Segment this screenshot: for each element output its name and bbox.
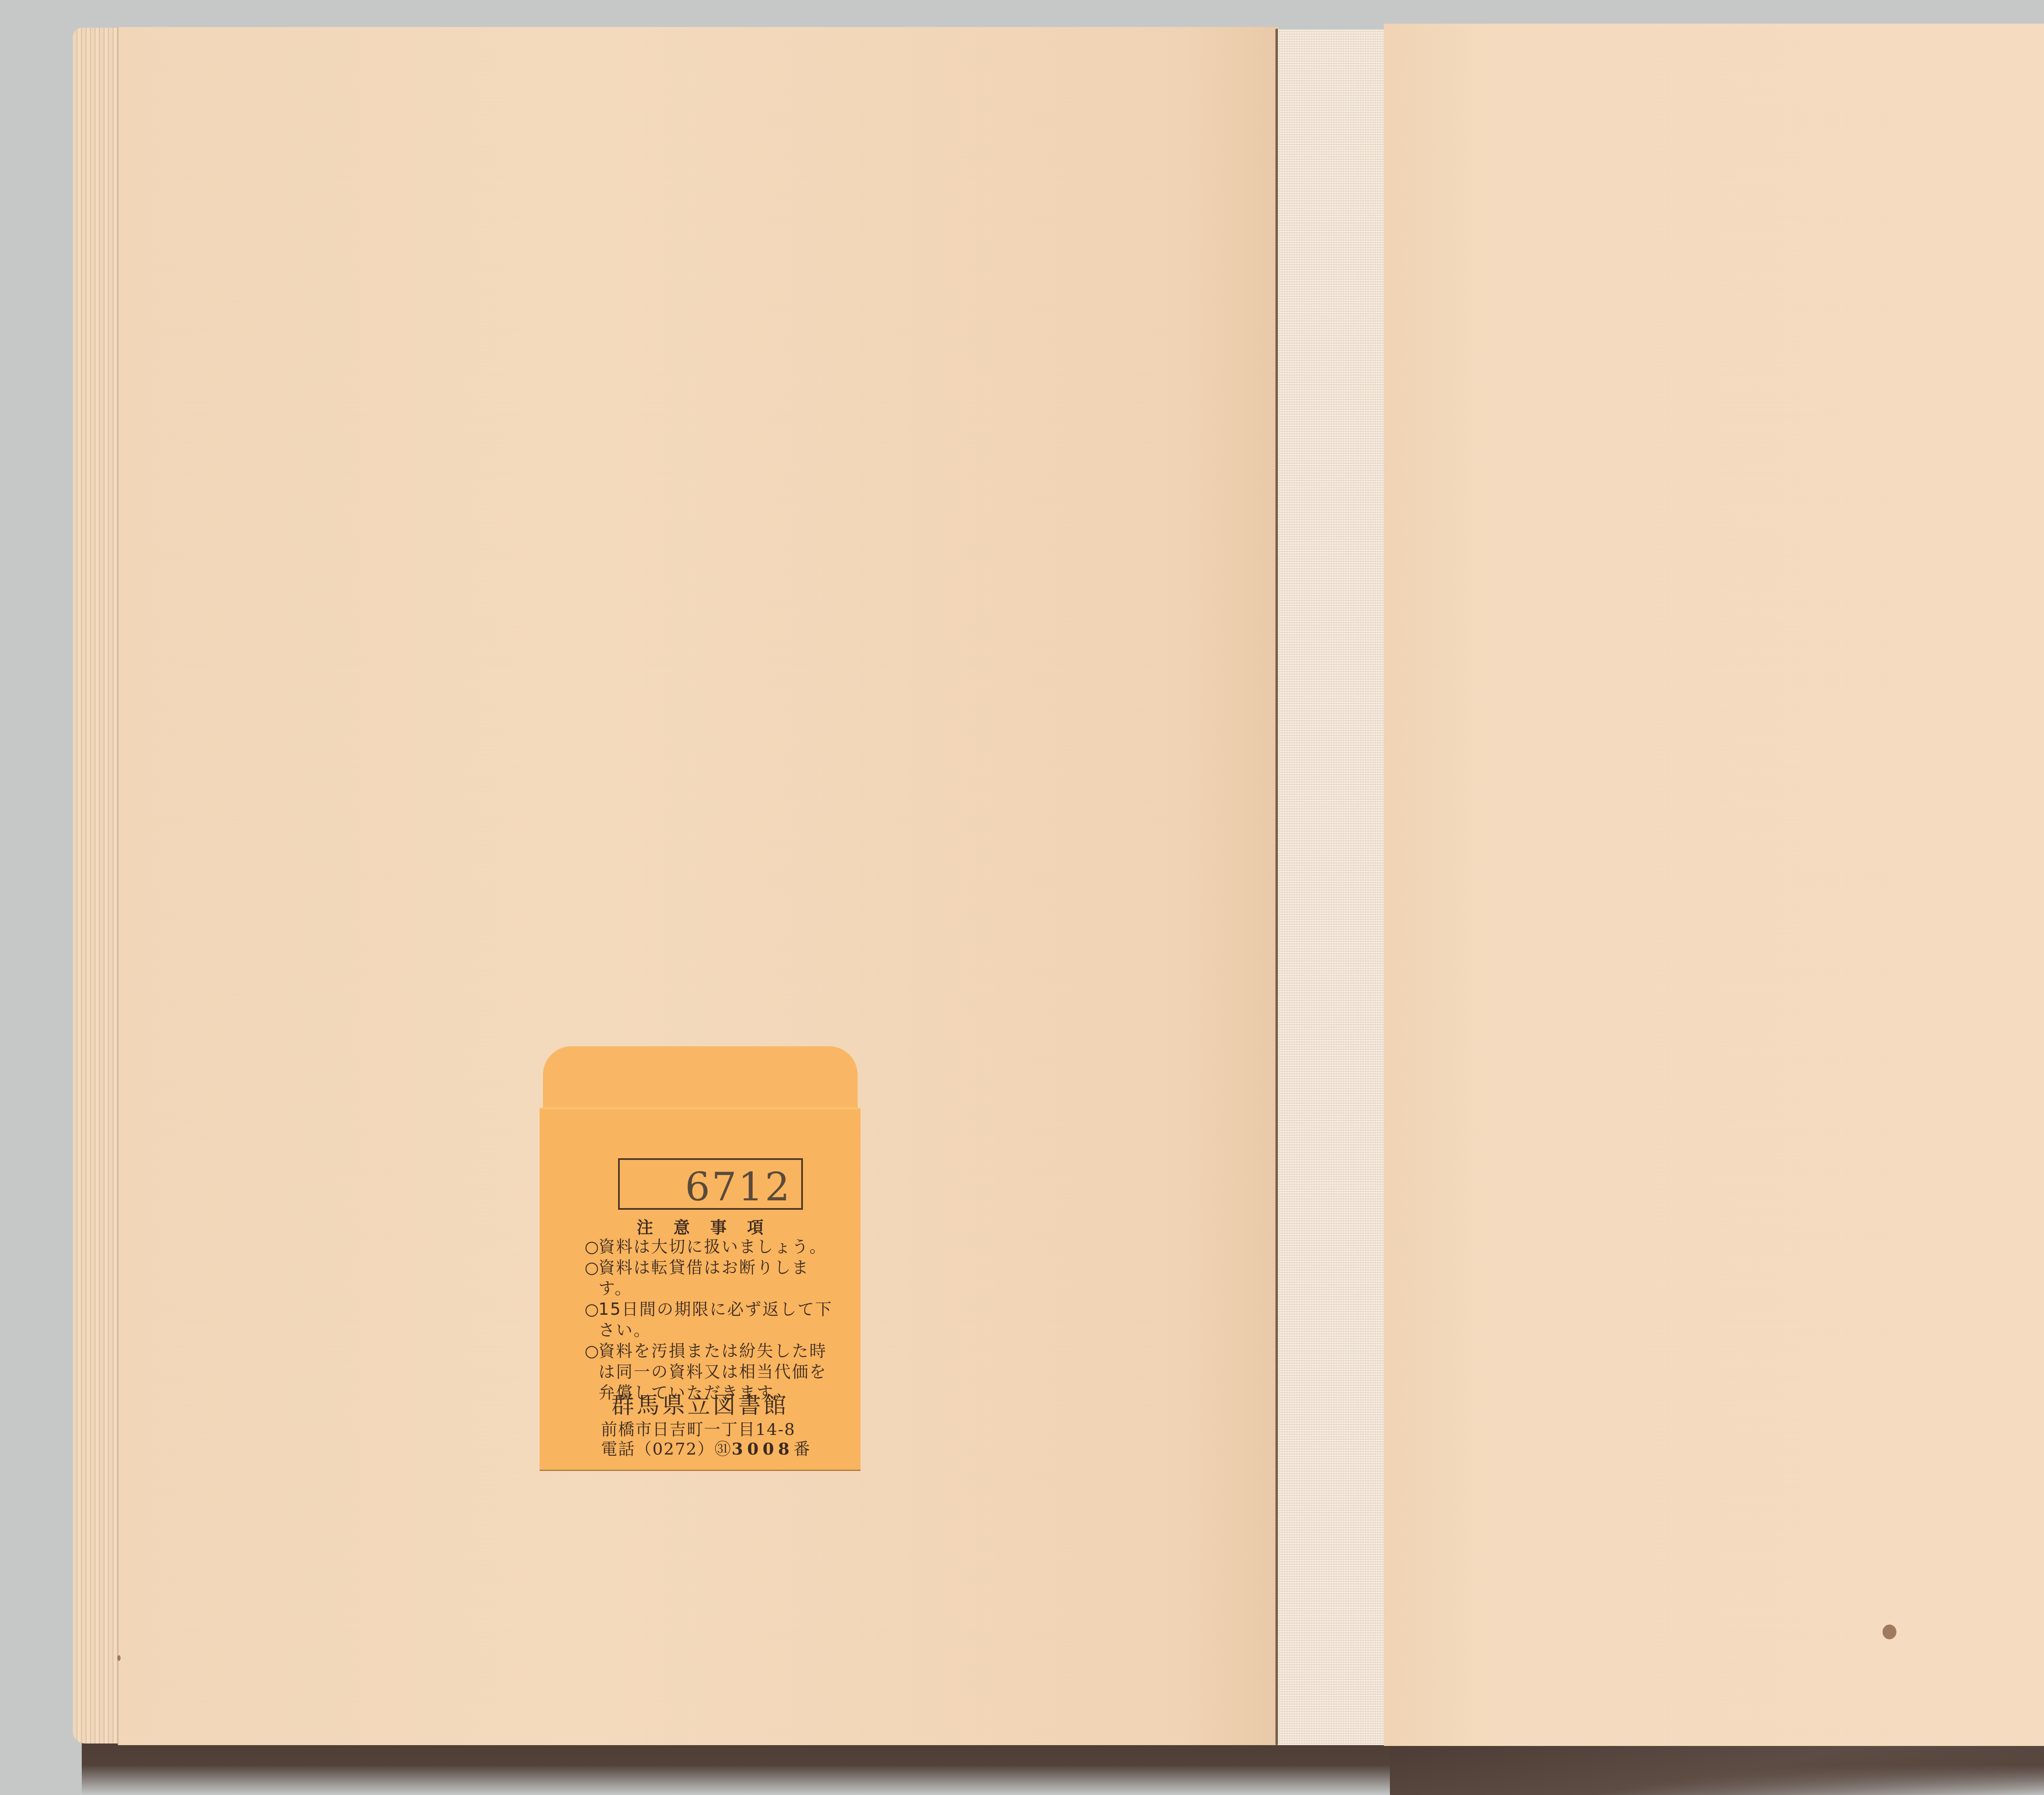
page-stack-edge [73,28,119,1744]
library-phone: 電話（0272）㉛3008番 [601,1436,811,1459]
library-card-pocket[interactable]: 6712 注意事項 ○ 資料は大切に扱いましょう。 ○ 資料は転貸借はお断りしま… [540,1108,861,1470]
library-name: 群馬県立図書館 [540,1387,861,1420]
circle-bullet-icon: ○ [585,1258,598,1299]
notice-list: ○ 資料は大切に扱いましょう。 ○ 資料は転貸借はお断りします。 ○ 15日間の… [585,1237,838,1403]
notice-item: ○ 資料は転貸借はお断りします。 [585,1258,838,1299]
notice-title: 注意事項 [540,1215,861,1238]
call-number-box: 6712 [618,1158,803,1210]
circle-bullet-icon: ○ [585,1299,598,1341]
notice-item: ○ 資料は大切に扱いましょう。 [585,1237,838,1258]
notice-item: ○ 15日間の期限に必ず返して下さい。 [585,1299,838,1341]
foxing-spot [117,1655,121,1661]
foxing-spot [1883,1625,1896,1639]
call-number: 6712 [685,1164,791,1210]
spine-binding-tape [1278,29,1384,1745]
left-endpaper [118,27,1279,1745]
right-endpaper [1384,24,2044,1746]
circle-bullet-icon: ○ [585,1237,598,1258]
